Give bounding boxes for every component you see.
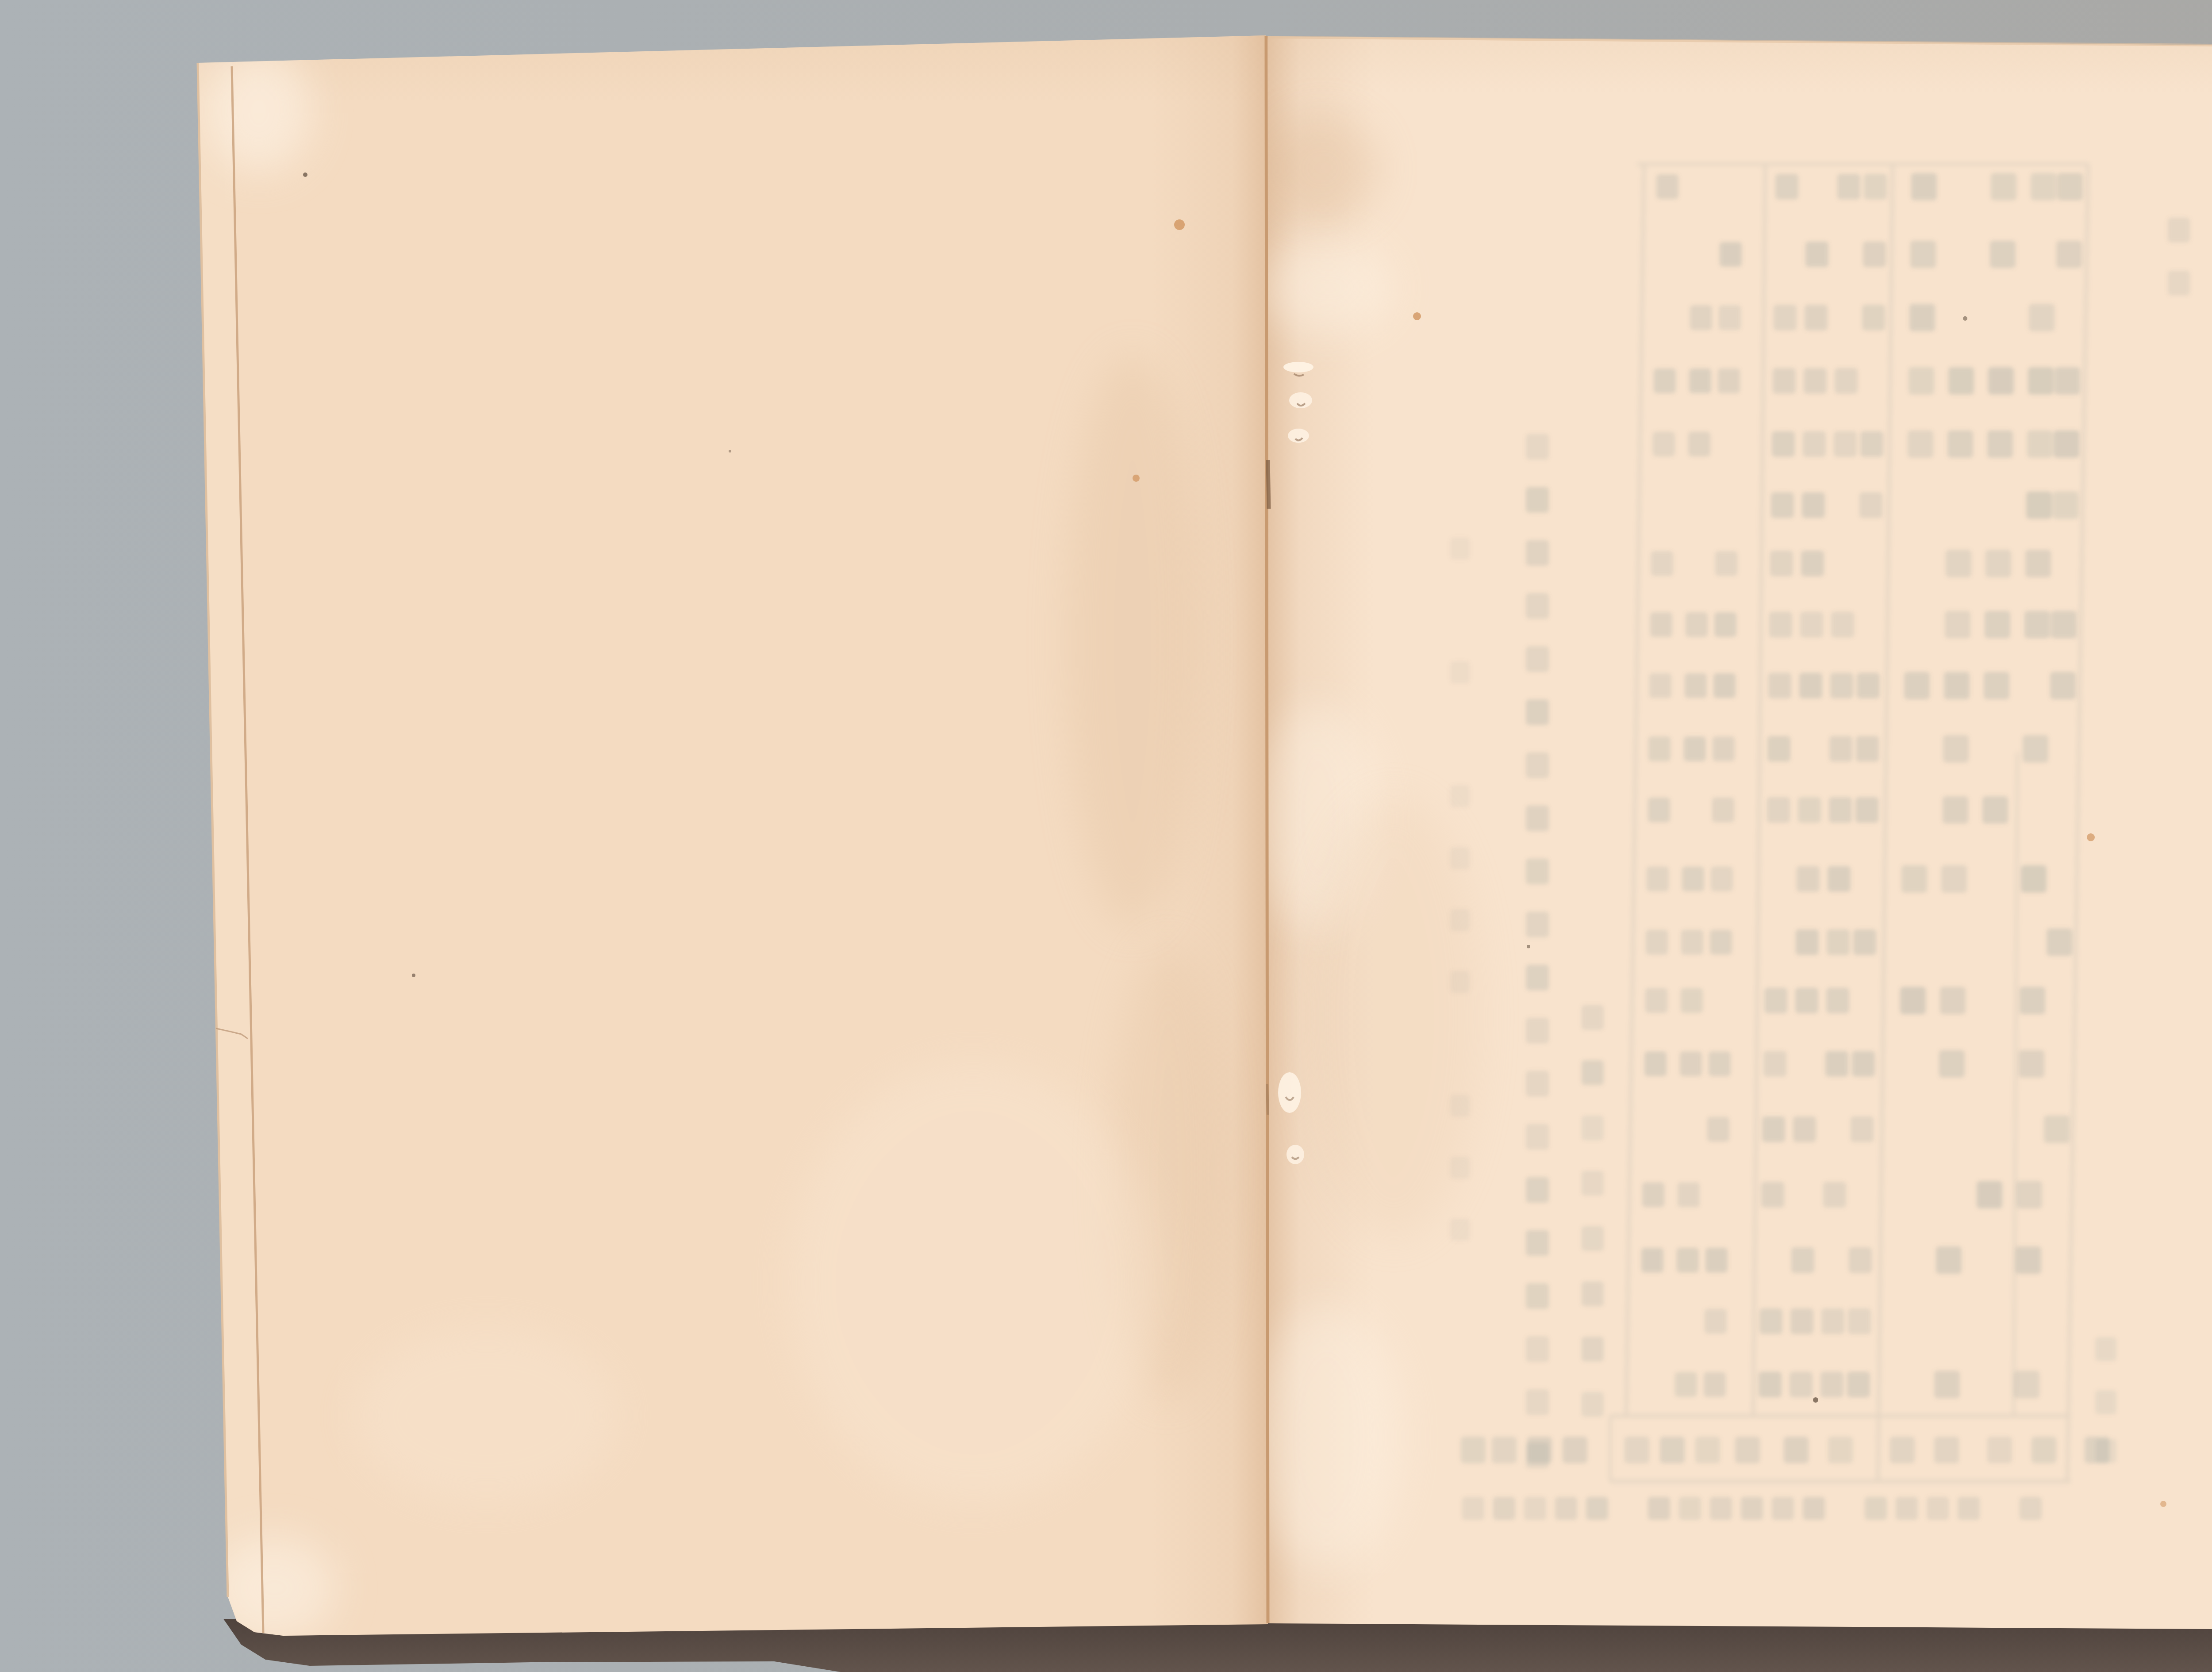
ghost-character [1450,1095,1470,1117]
ghost-character [1943,796,1968,824]
ghost-character [1450,909,1470,931]
ghost-character [1648,1497,1670,1520]
ghost-character [2168,218,2190,242]
ghost-character [1582,1226,1604,1251]
dust-speck [1813,1397,1818,1403]
ghost-character [1450,1157,1470,1179]
ghost-character [1772,431,1795,457]
ghost-character [1681,930,1703,955]
foxing-spot [1413,312,1421,320]
ghost-character [1943,735,1969,763]
ghost-character [1646,930,1668,955]
ghost-character [1450,1219,1470,1241]
ghost-character [1909,304,1935,331]
ghost-character [1804,368,1827,394]
ghost-character [1805,305,1828,330]
ghost-character [1705,1248,1728,1273]
ghost-character [1799,673,1822,698]
ghost-character [2026,491,2052,519]
ghost-character [2050,672,2076,699]
ghost-character [1768,673,1791,698]
ghost-character [1526,912,1549,937]
ghost-character [1450,537,1470,560]
ghost-character [1911,173,1937,200]
ghost-character [1830,673,1853,698]
ghost-character [1713,736,1735,761]
ghost-character [1772,1497,1794,1520]
ghost-character [2168,271,2190,295]
ghost-character [1958,1497,1980,1520]
ghost-character [1707,1117,1729,1142]
ghost-character [1823,1182,1846,1208]
binding-hole-mark [1278,1072,1301,1113]
ghost-character [1829,797,1852,823]
dust-speck [729,450,731,453]
ghost-character [1526,593,1549,619]
ghost-character [1677,1248,1699,1273]
ghost-character [1767,797,1790,823]
ghost-character [1688,432,1710,456]
ghost-character [1450,785,1470,807]
ghost-character [1682,867,1704,891]
ghost-character [1653,432,1675,456]
ghost-character [1790,1372,1813,1397]
ghost-character [1764,988,1787,1013]
ghost-character [1681,988,1703,1013]
page-highlight [1261,239,1394,336]
ghost-character [1896,1497,1918,1520]
ghost-character [1526,1071,1549,1097]
ghost-character [1680,1051,1702,1076]
foxing-spot [2087,833,2095,841]
ghost-character [1526,540,1549,566]
ghost-character [1710,1497,1732,1520]
open-book-photo [0,0,2212,1672]
ghost-character [1648,798,1670,822]
ghost-character [1803,431,1826,457]
ghost-character [1526,859,1549,884]
ghost-character [1526,487,1549,513]
ghost-character [1934,1437,1959,1463]
ghost-character [1855,797,1878,823]
ghost-character [1985,611,2010,638]
spine-gutter-line [1266,36,1268,1623]
ghost-character [1821,1308,1844,1334]
ghost-character [1526,965,1549,990]
ghost-character [1927,1497,1949,1520]
ghost-character [2057,173,2083,200]
ghost-character [2031,173,2056,200]
ghost-character [1944,672,1970,699]
ghost-character [1582,1060,1604,1085]
ghost-character [1526,1230,1549,1256]
ghost-character [1759,1372,1782,1397]
ghost-character [1852,1051,1875,1077]
ghost-character [1711,867,1733,891]
ghost-character [1461,1437,1486,1463]
ghost-character [2055,367,2080,395]
ghost-character [1826,988,1849,1013]
ghost-character [1759,1308,1782,1334]
ghost-character [1645,988,1667,1013]
ghost-character [1526,434,1549,460]
ghost-character [2029,304,2055,331]
ghost-character [1791,1247,1814,1273]
ghost-character [1987,1437,2012,1463]
binding-hole-mark [1283,362,1313,372]
ghost-character [1834,431,1857,457]
ghost-character [1735,1437,1760,1463]
foxing-spot [1133,475,1140,482]
dust-speck [1963,316,1967,321]
ghost-character [1940,987,1966,1014]
ghost-character [1796,929,1819,955]
ghost-character [1825,1051,1848,1077]
page-highlight [1252,1305,1402,1570]
ghost-character [1761,1182,1784,1208]
ghost-character [1762,1116,1785,1142]
ghost-character [1712,798,1734,822]
ghost-character [1526,752,1549,778]
ghost-character [1770,551,1793,576]
ghost-character [1948,367,1974,395]
ghost-character [1526,646,1549,672]
ghost-character [1492,1437,1517,1463]
ghost-character [1831,612,1854,637]
ghost-character [1741,1497,1763,1520]
foxing-spot [2160,1501,2166,1507]
ghost-character [1689,368,1711,393]
ghost-character [1820,1372,1843,1397]
ghost-character [1644,1051,1667,1076]
ghost-character [1793,1116,1816,1142]
ghost-character [1714,612,1736,637]
ghost-character [2095,1390,2116,1414]
ghost-character [1859,492,1882,518]
ghost-character [2024,611,2050,638]
ghost-character [2028,367,2054,395]
ghost-character [1524,1497,1546,1520]
ghost-character [2014,1371,2039,1398]
right-page [1252,0,2212,1672]
ghost-character [1848,1308,1871,1334]
ghost-character [1849,1247,1872,1273]
ghost-character [1827,929,1850,955]
ghost-character [1988,367,2014,395]
foxing-spot [1174,219,1185,230]
ghost-character [1624,1437,1649,1463]
ghost-character [1853,929,1876,955]
ghost-character [1526,1177,1549,1203]
ghost-character [1828,866,1851,892]
page-wave-shadow [1066,354,1199,929]
ghost-character [1835,368,1858,394]
ghost-character [1555,1497,1577,1520]
ghost-character [1769,612,1792,637]
ghost-character [1908,430,1933,458]
ghost-character [1990,241,2016,268]
ghost-character [1582,1171,1604,1196]
ghost-character [1678,1182,1700,1207]
ghost-character [1977,1181,2002,1208]
ghost-character [1462,1497,1484,1520]
page-wave-shadow [1265,115,1380,221]
ghost-character [1856,736,1879,762]
ghost-character [1647,867,1669,891]
ghost-character [1642,1182,1664,1207]
ghost-character [2016,1246,2041,1274]
ghost-character [1803,1497,1825,1520]
ghost-character [1987,430,2013,458]
ghost-character [1718,368,1740,393]
ghost-character [2047,928,2072,956]
top-corner-curl-highlight [206,49,312,173]
ghost-character [1984,672,2009,699]
ghost-character [1582,1337,1604,1361]
dust-speck [1527,945,1530,948]
page-highlight [354,1327,619,1504]
ghost-character [1797,866,1820,892]
ghost-character [1641,1248,1663,1273]
ghost-character [1719,305,1741,330]
ghost-character [1450,661,1470,683]
ghost-character [1650,612,1672,637]
ghost-character [1847,1372,1870,1397]
ghost-character [1450,971,1470,993]
ghost-character [1526,699,1549,725]
ghost-character [1773,368,1796,394]
ghost-character [1946,550,1971,577]
ghost-character [1982,796,2008,824]
ghost-character [1675,1372,1697,1397]
ghost-character [1936,1246,1962,1274]
ghost-character [1798,797,1821,823]
ghost-character [1651,551,1673,576]
ghost-character [1805,242,1828,267]
ghost-character [1829,736,1852,762]
ghost-character [1801,551,1824,576]
ghost-character [1775,174,1798,199]
ghost-character [1649,673,1671,698]
ghost-character [1720,242,1742,267]
ghost-character [1864,174,1887,199]
ghost-character [1526,1283,1549,1309]
ghost-character [1774,305,1797,330]
ghost-character [1709,1051,1731,1076]
ghost-character [1705,1309,1727,1334]
ghost-character [1695,1437,1720,1463]
ghost-character [1837,174,1860,199]
ghost-character [1582,1116,1604,1140]
ghost-character [1945,611,1970,638]
ghost-character [1991,173,2016,200]
ghost-character [1526,1336,1549,1362]
ghost-character [2016,1181,2042,1208]
ghost-character [1763,1051,1786,1077]
ghost-character [1784,1437,1809,1463]
ghost-character [1934,1371,1960,1398]
ghost-character [1863,242,1886,267]
ghost-character [1771,492,1794,518]
dust-speck [412,974,415,977]
ghost-character [2051,611,2077,638]
ghost-character [1947,430,1973,458]
ghost-character [1690,305,1712,330]
ghost-character [2056,241,2082,268]
left-page [195,0,1270,1672]
ghost-character [1901,865,1927,893]
ghost-character [2044,1116,2070,1143]
ghost-character [2053,491,2078,519]
ghost-character [1704,1372,1726,1397]
ghost-character [2095,1337,2116,1361]
ghost-character [1526,1442,1549,1468]
ghost-character [2054,430,2079,458]
ghost-character [1800,612,1823,637]
ghost-character [2032,1437,2056,1463]
ghost-character [1865,1497,1887,1520]
ghost-character [1900,987,1926,1014]
ghost-character [1939,1050,1965,1078]
ghost-character [1910,241,1936,268]
ghost-character [1790,1308,1813,1334]
ghost-character [1526,1018,1549,1043]
ghost-character [2020,987,2045,1014]
ghost-character [1526,1124,1549,1150]
ghost-character [1526,805,1549,831]
spine-dark-streak [1267,1084,1268,1115]
ghost-character [1586,1497,1608,1520]
ghost-character [1862,305,1885,330]
page-highlight [787,1062,1159,1504]
ghost-character [1526,1389,1549,1415]
ghost-character [1795,988,1818,1013]
ghost-character [1686,612,1708,637]
ghost-character [2095,1439,2116,1463]
ghost-character [1582,1392,1604,1417]
ghost-character [1582,1281,1604,1306]
ghost-character [2027,430,2053,458]
ghost-character [1941,865,1967,893]
ghost-character [2023,735,2048,763]
binding-hole-mark [1286,1145,1304,1164]
ghost-character [1656,174,1678,199]
ghost-character [1679,1497,1701,1520]
ghost-character [1909,367,1934,395]
ghost-character [1851,1116,1874,1142]
ghost-character [1582,1005,1604,1030]
ghost-character [1904,672,1930,699]
ghost-character [1828,1437,1853,1463]
ghost-character [1767,736,1790,762]
spine-dark-streak [1268,460,1269,509]
ghost-character [1684,736,1706,761]
ghost-character [2020,1497,2042,1520]
ghost-character [1710,930,1732,955]
ghost-character [1685,673,1707,698]
ghost-character [1654,368,1676,393]
ghost-character [1563,1437,1587,1463]
ghost-character [1985,550,2011,577]
scene-canvas [0,0,2212,1672]
ghost-character [1450,847,1470,869]
ghost-character [1890,1437,1915,1463]
ghost-character [1857,673,1880,698]
ghost-character [1660,1437,1685,1463]
ghost-character [1860,431,1883,457]
ghost-character [1715,551,1737,576]
ghost-character [2021,865,2047,893]
ghost-character [2019,1050,2044,1078]
ghost-character [2025,550,2051,577]
dust-speck [303,173,307,177]
ghost-character [1648,736,1671,761]
ghost-character [1713,673,1736,698]
ghost-character [1493,1497,1515,1520]
ghost-character [1802,492,1825,518]
